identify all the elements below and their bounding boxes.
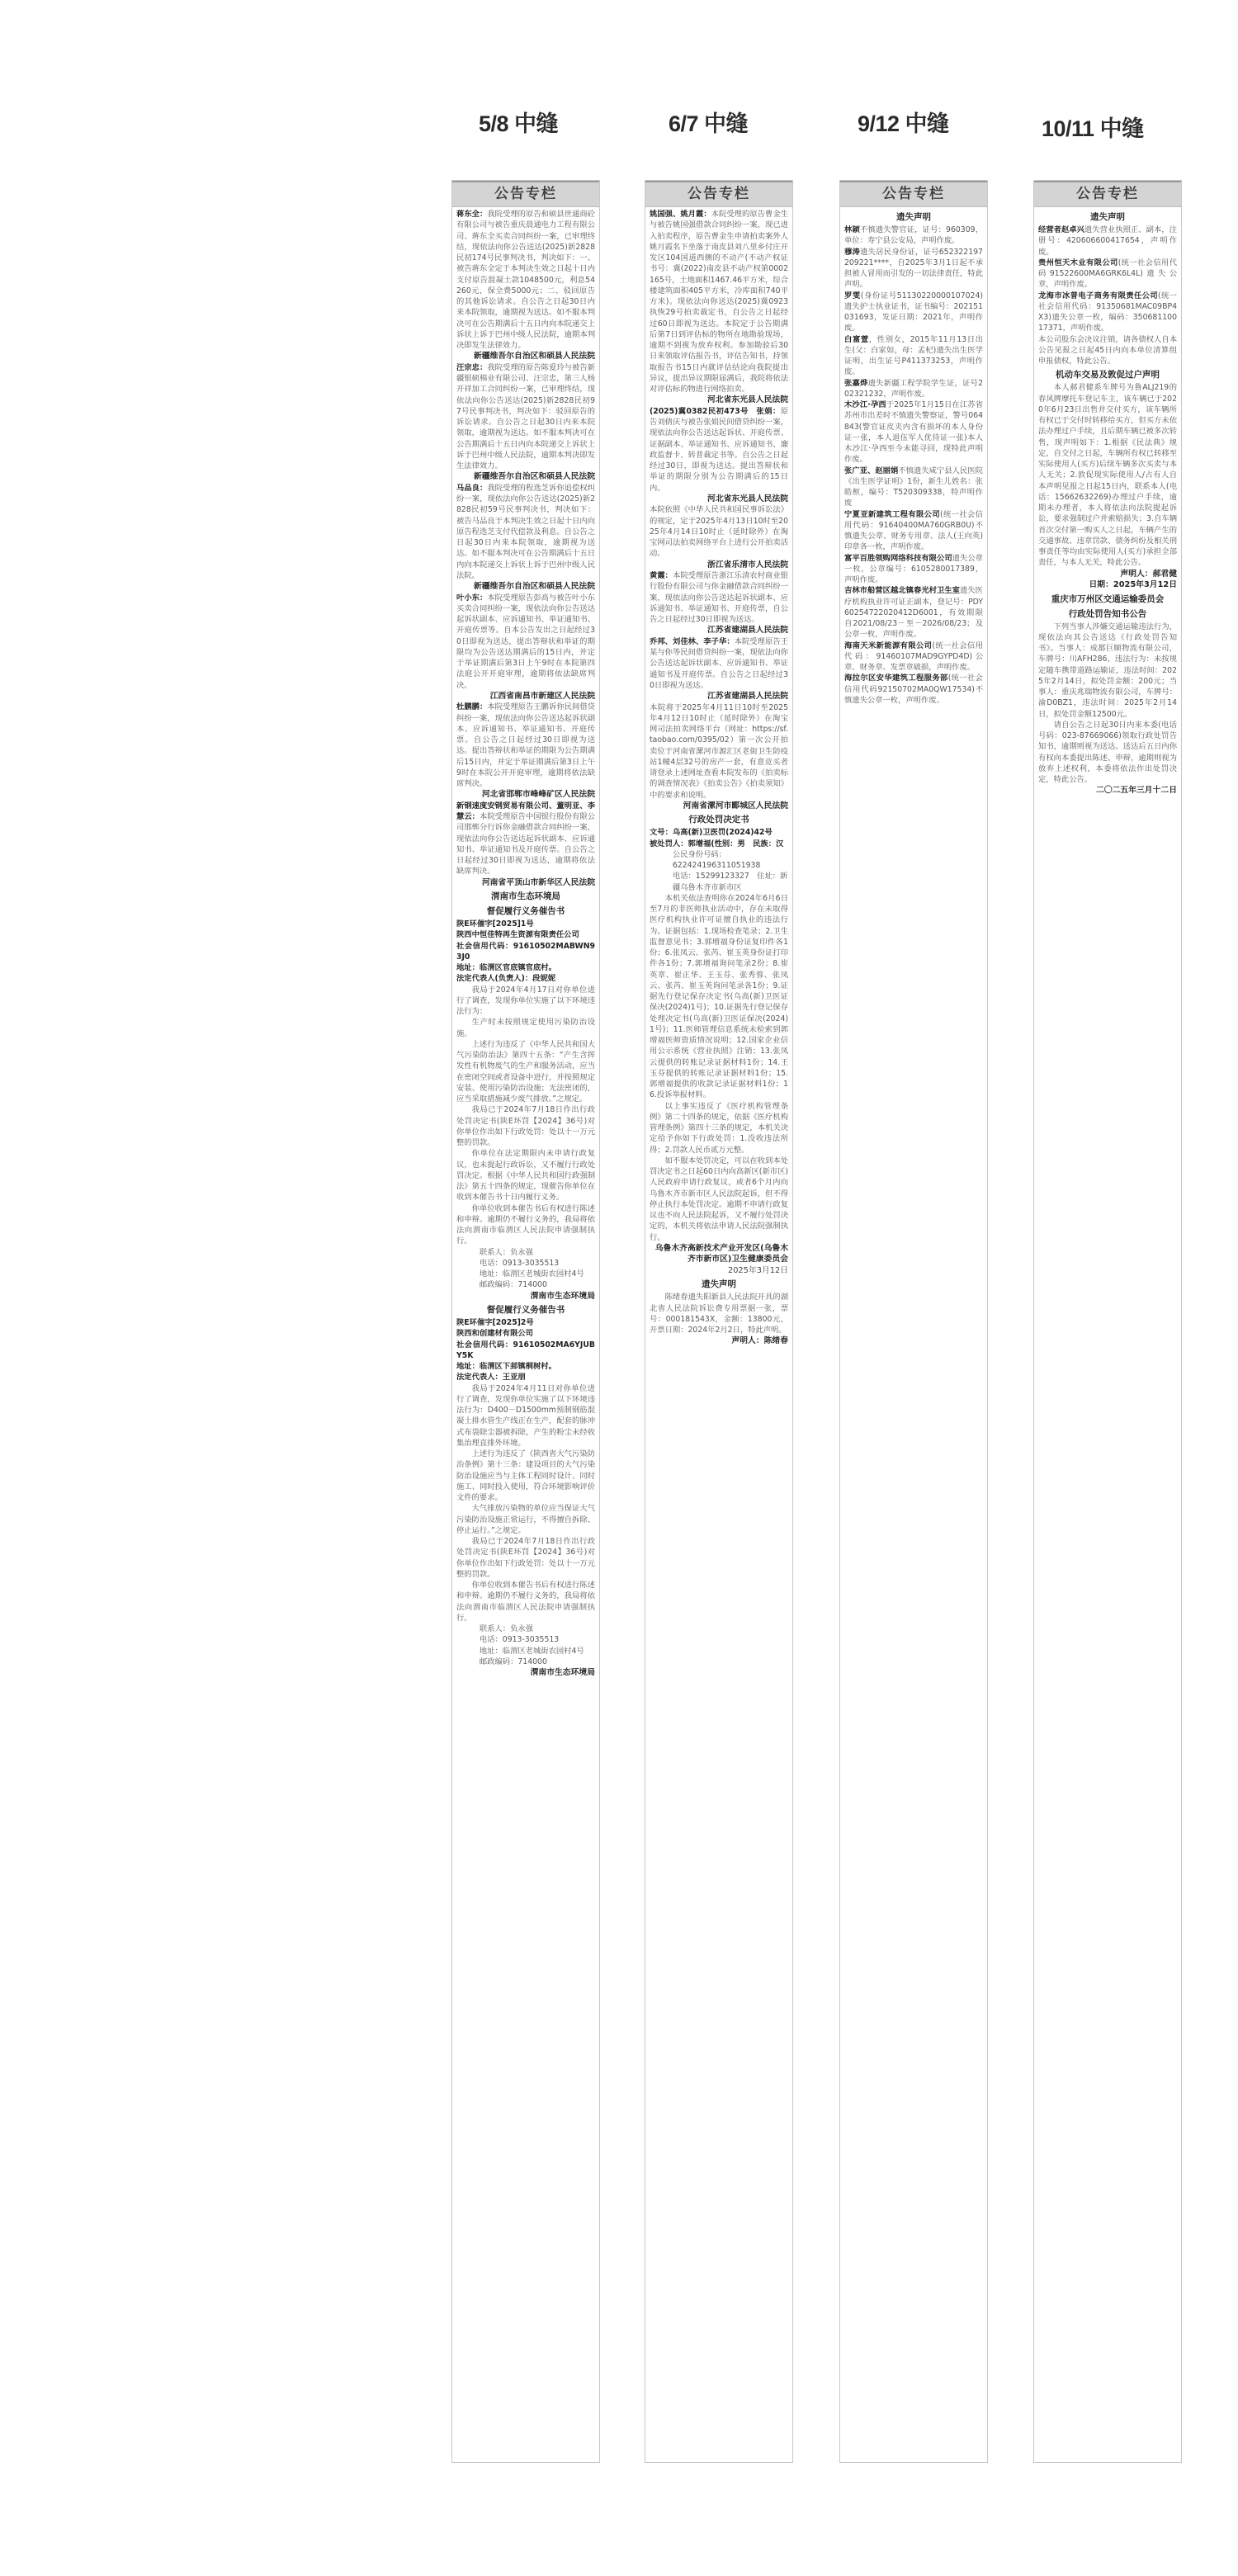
notice-item: 贵州恒天木业有限公司(统一社会信用代码91522600MA6GRK6L4L)遗失… [1038,258,1177,291]
section-title: 机动车交易及敦促过户声明 [1038,369,1177,381]
notice-text: 不慎遗失警官证，证号：960309，单位：寿宁县公安局，声明作废。 [844,225,983,245]
contact-line: 地址：临渭区老城街农园村4号 [456,1269,595,1279]
notice-lead: 陕西和创建材有限公司 [456,1329,533,1338]
section-title: 行政处罚告知书公告 [1038,608,1177,621]
notice-item: 本院将于2025年4月11日10时至2025年4月12日10时止（延时除外）在淘… [650,702,788,801]
contact-line: 电话：0913-3035513 [456,1258,595,1269]
contact-line: 电话：0913-3035513 [456,1634,595,1645]
notice-lead: 林颖 [844,225,860,234]
notice-item: 乔邦、刘佳林、李子华：本院受理原告王某与你等民间借贷纠纷一案，现依法向你公告送达… [650,636,788,691]
notice-item: 吉林市船营区越北镇春光村卫生室遗失医疗机构执业许可证正副本，登记号：PDY602… [844,585,983,640]
notice-item: 社会信用代码：91610502MABWN93J0 [456,941,595,963]
notice-lead: 陕西中恒佳特再生资源有限责任公司 [456,930,579,939]
issuer-signature: 声明人：陈绪春 [650,1335,788,1347]
notice-paragraph: 陈绪春遗失阳新县人民法院开具的湖北省人民法院诉讼费专用票据一张，票号：00018… [650,1292,788,1335]
notice-lead: 地址：临渭区官底镇官底村。 [456,963,556,972]
column-header: 公告专栏 [645,181,792,207]
notice-paragraph: 生产时未按照规定使用污染防治设施。 [456,1017,595,1039]
notice-column-5-8: 公告专栏 蒋东全：我院受理的原告和硕县世通商砼有限公司与被告重庆晨通电力工程有限… [451,180,600,2463]
notice-paragraph: 如不服本处罚决定，可以在收到本处罚决定书之日起60日内向高新区(新市区)人民政府… [650,1156,788,1243]
notice-lead: 杜鹏鹏： [456,702,487,711]
notice-lead: 文号：乌高(新)卫医罚(2024)42号 [650,828,773,837]
issuer-signature: 浙江省乐清市人民法院 [650,560,788,571]
issuer-signature: 渭南市生态环境局 [456,1667,595,1679]
notice-text: 本院受理的原告曹金生与被告姚国强借款合同纠纷一案，现已进入拍卖程序，原告曹金生申… [650,210,788,394]
column-title-5-8: 5/8 中缝 [479,106,558,138]
notice-item: 海拉尔区安华建筑工程服务部(统一社会信用代码92150702MA0QW17534… [844,673,983,706]
column-header: 公告专栏 [840,181,987,207]
notice-lead: 乔邦、刘佳林、李子华： [650,637,735,646]
notice-text: 本院受理原告王鹏诉你民间借贷纠纷一案，现依法向你公告送达起诉状副本、应诉通知书、… [456,702,595,788]
notice-item: 地址：临渭区下邽镇桐树村。 [456,1361,595,1372]
section-title: 遗失声明 [650,1279,788,1291]
notice-lead: 陕E环催字[2025]1号 [456,919,534,929]
contact-line: 电话：15299123327 住址：新疆乌鲁木齐市新市区 [650,871,788,893]
section-title: 遗失声明 [1038,211,1177,224]
notice-paragraph: 我局已于2024年7月18日作出行政处罚决定书(陕E环罚【2024】36号)对你… [456,1104,595,1148]
notice-lead: 富平百胜领购网络科技有限公司 [844,554,952,563]
notice-item: 黄霞：本院受理原告浙江乐清农村商业银行股份有限公司与你金融借款合同纠纷一案，现依… [650,570,788,625]
notice-text: 于2025年1月15日在江苏省苏州市出差时不慎遗失警察证，警号064843(警官… [844,400,983,464]
issuer-signature: 新疆维吾尔自治区和硕县人民法院 [456,351,595,362]
notice-text: 遗失居民身份证，证号652322197209221****，自2025年3月1日… [844,248,983,290]
notice-item: 陕西中恒佳特再生资源有限责任公司 [456,929,595,940]
notice-lead: 罗雯 [844,291,861,300]
notice-paragraph: 你单位收到本催告书后有权进行陈述和申辩。逾期仍不履行义务的，我局将依法向渭南市临… [456,1203,595,1247]
notice-text: 本院依照《中华人民共和国民事诉讼法》的规定，定于2025年4月13日10时至20… [650,505,788,558]
issuer-signature: 新疆维吾尔自治区和硕县人民法院 [456,471,595,483]
issuer-signature: 2025年3月12日 [650,1265,788,1277]
notice-lead: 白富萱 [844,335,869,344]
notice-lead: 吉林市船营区越北镇春光村卫生室 [844,586,960,595]
notice-paragraph: 大气排放污染物的单位应当保证大气污染防治设施正常运行，不得擅自拆除、停止运行。”… [456,1503,595,1536]
notice-text: 本院将于2025年4月11日10时至2025年4月12日10时止（延时除外）在淘… [650,703,788,800]
contact-line: 地址：临渭区老城街农园村4号 [456,1646,595,1657]
notice-paragraph: 上述行为违反了《中华人民共和国大气污染防治法》第四十五条：“产生含挥发性有机物废… [456,1039,595,1105]
notice-item: 叶小东：本院受理原告彭高与被告叶小东买卖合同纠纷一案，现依法向你公告送达起诉状副… [456,593,595,691]
notice-item: 蒋东全：我院受理的原告和硕县世通商砼有限公司与被告重庆晨通电力工程有限公司、蒋东… [456,209,595,351]
notice-item: 宁夏亚新建筑工程有限公司(统一社会信用代码：91640400MA760GRB0U… [844,509,983,553]
notice-item: 张广亚、赵丽娟不慎遗失咸宁县人民医院《出生医学证明》1份，新生儿姓名：张皓枢，编… [844,466,983,509]
notice-lead: 社会信用代码：91610502MA6YJUBY5K [456,1340,595,1360]
notice-lead: 张嘉烨 [844,379,868,388]
issuer-signature: 乌鲁木齐高新技术产业开发区(乌鲁木齐市新市区)卫生健康委员会 [650,1243,788,1265]
issuer-signature: 河南省平顶山市新华区人民法院 [456,877,595,889]
notice-paragraph: 你单位在法定期限内未申请行政复议，也未提起行政诉讼，又不履行行政处罚决定。根据《… [456,1148,595,1203]
notice-paragraph: 我局于2024年4月17日对你单位进行了调查，发现你单位实施了以下环境违法行为： [456,985,595,1018]
notice-text: 本院受理原告彭高与被告叶小东买卖合同纠纷一案，现依法向你公告送达起诉状副本、应诉… [456,593,595,690]
notice-lead: 木沙江·孕西 [844,400,886,409]
issuer-signature: 声明人：郝君健 [1038,569,1177,580]
notice-paragraph: 我局于2024年4月11日对你单位进行了调查，发现你单位实施了以下环境违法行为：… [456,1383,595,1449]
section-title: 重庆市万州区交通运输委员会 [1038,593,1177,606]
notice-lead: (2025)冀0382民初473号 张娟： [650,407,781,416]
notice-item: 姚国强、姚月霞：本院受理的原告曹金生与被告姚国强借款合同纠纷一案，现已进入拍卖程… [650,209,788,395]
column-body: 蒋东全：我院受理的原告和硕县世通商砼有限公司与被告重庆晨通电力工程有限公司、蒋东… [452,207,599,1679]
notice-paragraph: 请自公告之日起30日内来本委(电话号码：023-87669066)领取行政处罚告… [1038,720,1177,786]
notice-lead: 海南天米新能源有限公司 [844,641,932,650]
notice-item: 地址：临渭区官底镇官底村。 [456,962,595,973]
column-body: 姚国强、姚月霞：本院受理的原告曹金生与被告姚国强借款合同纠纷一案，现已进入拍卖程… [645,207,792,1347]
notice-column-9-12: 公告专栏 遗失声明林颖不慎遗失警官证，证号：960309，单位：寿宁县公安局，声… [839,180,988,2463]
contact-line: 联系人：负永强 [456,1624,595,1634]
notice-lead: 马品良： [456,484,487,493]
section-title: 行政处罚决定书 [650,814,788,826]
issuer-signature: 渭南市生态环境局 [456,1291,595,1302]
issuer-signature: 河北省东光县人民法院 [650,395,788,406]
notice-item: 本院依照《中华人民共和国民事诉讼法》的规定，定于2025年4月13日10时至20… [650,504,788,559]
notice-lead: 被处罚人：郭增福(性别：男 民族：汉 [650,839,783,848]
issuer-signature: 江苏省建湖县人民法院 [650,625,788,636]
notice-text: 本院受理原告中国银行股份有限公司邯郸分行诉你金融借款合同纠纷一案，现依法向你公告… [456,812,595,876]
notice-item: 文号：乌高(新)卫医罚(2024)42号 [650,827,788,838]
contact-line: 公民身份号码：622424196311051938 [650,849,788,872]
notice-item: (2025)冀0382民初473号 张娟：原告刘倩庆与被告张娟民间借贷纠纷一案，… [650,406,788,494]
notice-item: 海南天米新能源有限公司(统一社会信用代码：91460107MAD9GYPD4D)… [844,640,983,674]
notice-item: 陕E环催字[2025]1号 [456,919,595,929]
notice-lead: 宁夏亚新建筑工程有限公司 [844,510,940,519]
notice-text: 原告刘倩庆与被告张娟民间借贷纠纷一案，现依法向你公告送达起诉状、开庭传票、证据副… [650,407,788,493]
notice-item: 罗雯(身份证号51130220000107024)遗失护士执业证书，证书编号：2… [844,291,983,334]
issuer-signature: 河北省邯郸市峰峰矿区人民法院 [456,789,595,801]
notice-paragraph: 你单位收到本催告书后有权进行陈述和申辩。逾期仍不履行义务的，我局将依法向渭南市临… [456,1580,595,1624]
notice-lead: 张广亚、赵丽娟 [844,466,898,475]
notice-lead: 海拉尔区安华建筑工程服务部 [844,674,948,683]
notice-lead: 黄霞： [650,571,673,580]
issuer-signature: 河南省漯河市郾城区人民法院 [650,801,788,812]
notice-item: 新钢速度安钢贸易有限公司、董明亚、李慧云：本院受理原告中国银行股份有限公司邯郸分… [456,801,595,877]
issuer-signature: 江西省南昌市新建区人民法院 [456,691,595,702]
column-body: 遗失声明林颖不慎遗失警官证，证号：960309，单位：寿宁县公安局，声明作废。穆… [840,207,987,706]
column-body: 遗失声明经营者赵卓兴遗失营业执照正、副本，注册号：420606600417654… [1034,207,1181,796]
notice-paragraph: 我局已于2024年7月18日作出行政处罚决定书(陕E环罚【2024】36号)对你… [456,1536,595,1580]
issuer-signature: 新疆维吾尔自治区和硕县人民法院 [456,581,595,593]
section-title: 遗失声明 [844,211,983,224]
notice-paragraph: 本机关依法查明你在2024年6月6日至7月的非医师执业活动中，存在未取得医疗机构… [650,893,788,1101]
notice-paragraph: 上述行为违反了《陕西省大气污染防治条例》第十三条：建设项目的大气污染防治设施应当… [456,1449,595,1503]
notice-item: 林颖不慎遗失警官证，证号：960309，单位：寿宁县公安局，声明作废。 [844,225,983,247]
notice-paragraph: 下列当事人涉嫌交通运输违法行为，现依法向其公告送达《行政处罚告知书》。当事人：成… [1038,622,1177,720]
notice-item: 陕西和创建材有限公司 [456,1328,595,1339]
notice-item: 马品良：我院受理的程选芝诉你追偿权纠纷一案，现依法向你公告送达(2025)新28… [456,483,595,581]
issuer-signature: 日期：2025年3月12日 [1038,579,1177,591]
section-title: 督促履行义务催告书 [456,1304,595,1316]
section-title: 渭南市生态环境局 [456,891,595,903]
issuer-signature: 江苏省建湖县人民法院 [650,691,788,702]
notice-text: 本公司股东会决议注销，请各债权人自本公告见报之日起45日内向本单位清算组申报债权… [1038,335,1177,366]
notice-paragraph: 本人郝君健系车牌号为鲁ALJ219的春风牌摩托车登记车主，该车辆已于2020年6… [1038,382,1177,568]
column-title-9-12: 9/12 中缝 [858,106,949,138]
column-header: 公告专栏 [452,181,599,207]
notice-lead: 姚国强、姚月霞： [650,210,711,219]
notice-item: 经营者赵卓兴遗失营业执照正、副本，注册号：420606600417654，声明作… [1038,225,1177,258]
notice-item: 富平百胜领购网络科技有限公司遗失公章一枚，公章编号：6105280017389，… [844,553,983,586]
notice-lead: 贵州恒天木业有限公司 [1038,258,1118,267]
notice-item: 社会信用代码：91610502MA6YJUBY5K [456,1340,595,1362]
notice-item: 本公司股东会决议注销，请各债权人自本公告见报之日起45日内向本单位清算组申报债权… [1038,334,1177,367]
notice-text: (身份证号51130220000107024)遗失护士执业证书，证书编号：202… [844,291,983,333]
column-header: 公告专栏 [1034,181,1181,207]
notice-lead: 社会信用代码：91610502MABWN93J0 [456,942,595,962]
notice-item: 张嘉烨遗失新疆工程学院学生证，证号202321232，声明作废。 [844,378,983,400]
notice-item: 木沙江·孕西于2025年1月15日在江苏省苏州市出差时不慎遗失警察证，警号064… [844,399,983,466]
notice-column-6-7: 公告专栏 姚国强、姚月霞：本院受理的原告曹金生与被告姚国强借款合同纠纷一案，现已… [645,180,793,2463]
column-title-6-7: 6/7 中缝 [669,106,748,138]
notice-text: 我院受理的原告和硕县世通商砼有限公司与被告重庆晨通电力工程有限公司、蒋东全买卖合… [456,210,595,350]
notice-lead: 叶小东： [456,593,487,603]
contact-line: 邮政编码：714000 [456,1657,595,1667]
contact-line: 联系人：负永强 [456,1247,595,1258]
notice-lead: 法定代表人(负责人)：段妮妮 [456,974,555,983]
notice-lead: 蒋东全： [456,210,487,219]
issuer-signature: 二〇二五年三月十二日 [1038,785,1177,796]
notice-lead: 地址：临渭区下邽镇桐树村。 [456,1362,556,1371]
notice-lead: 经营者赵卓兴 [1038,225,1084,234]
notice-item: 陕E环催字[2025]2号 [456,1317,595,1328]
notice-item: 白富萱，性别女，2015年11月13日出生(父：白家如，母：孟杞)遗失出生医学证… [844,334,983,378]
notice-lead: 汪宗忠： [456,363,487,372]
notice-column-10-11: 公告专栏 遗失声明经营者赵卓兴遗失营业执照正、副本，注册号：4206066004… [1033,180,1182,2463]
notice-item: 被处罚人：郭增福(性别：男 民族：汉 [650,839,788,849]
notice-lead: 龙海市冰普电子商务有限责任公司 [1038,291,1158,300]
notice-item: 法定代表人(负责人)：段妮妮 [456,973,595,984]
section-title: 督促履行义务催告书 [456,905,595,918]
notice-paragraph: 以上事实违反了《医疗机构管理条例》第二十四条的规定，依据《医疗机构管理条例》第四… [650,1101,788,1156]
contact-line: 邮政编码：714000 [456,1279,595,1290]
notice-lead: 穆涛 [844,248,860,257]
notice-text: 我院受理的原告陈爱玲与被告新疆银硕棉业有限公司、汪宗忠，第三人杨开祥加工合同纠纷… [456,363,595,470]
column-title-10-11: 10/11 中缝 [1042,111,1144,143]
notice-item: 汪宗忠：我院受理的原告陈爱玲与被告新疆银硕棉业有限公司、汪宗忠，第三人杨开祥加工… [456,362,595,472]
notice-item: 法定代表人：王亚朋 [456,1372,595,1383]
notice-item: 龙海市冰普电子商务有限责任公司(统一社会信用代码：91350681MAC09BP… [1038,291,1177,334]
notice-item: 穆涛遗失居民身份证，证号652322197209221****，自2025年3月… [844,247,983,291]
notice-text: 我院受理的程选芝诉你追偿权纠纷一案，现依法向你公告送达(2025)新2828民初… [456,484,595,580]
notice-lead: 法定代表人：王亚朋 [456,1373,526,1382]
issuer-signature: 河北省东光县人民法院 [650,494,788,505]
notice-lead: 陕E环催字[2025]2号 [456,1318,534,1327]
notice-item: 杜鹏鹏：本院受理原告王鹏诉你民间借贷纠纷一案，现依法向你公告送达起诉状副本、应诉… [456,702,595,789]
